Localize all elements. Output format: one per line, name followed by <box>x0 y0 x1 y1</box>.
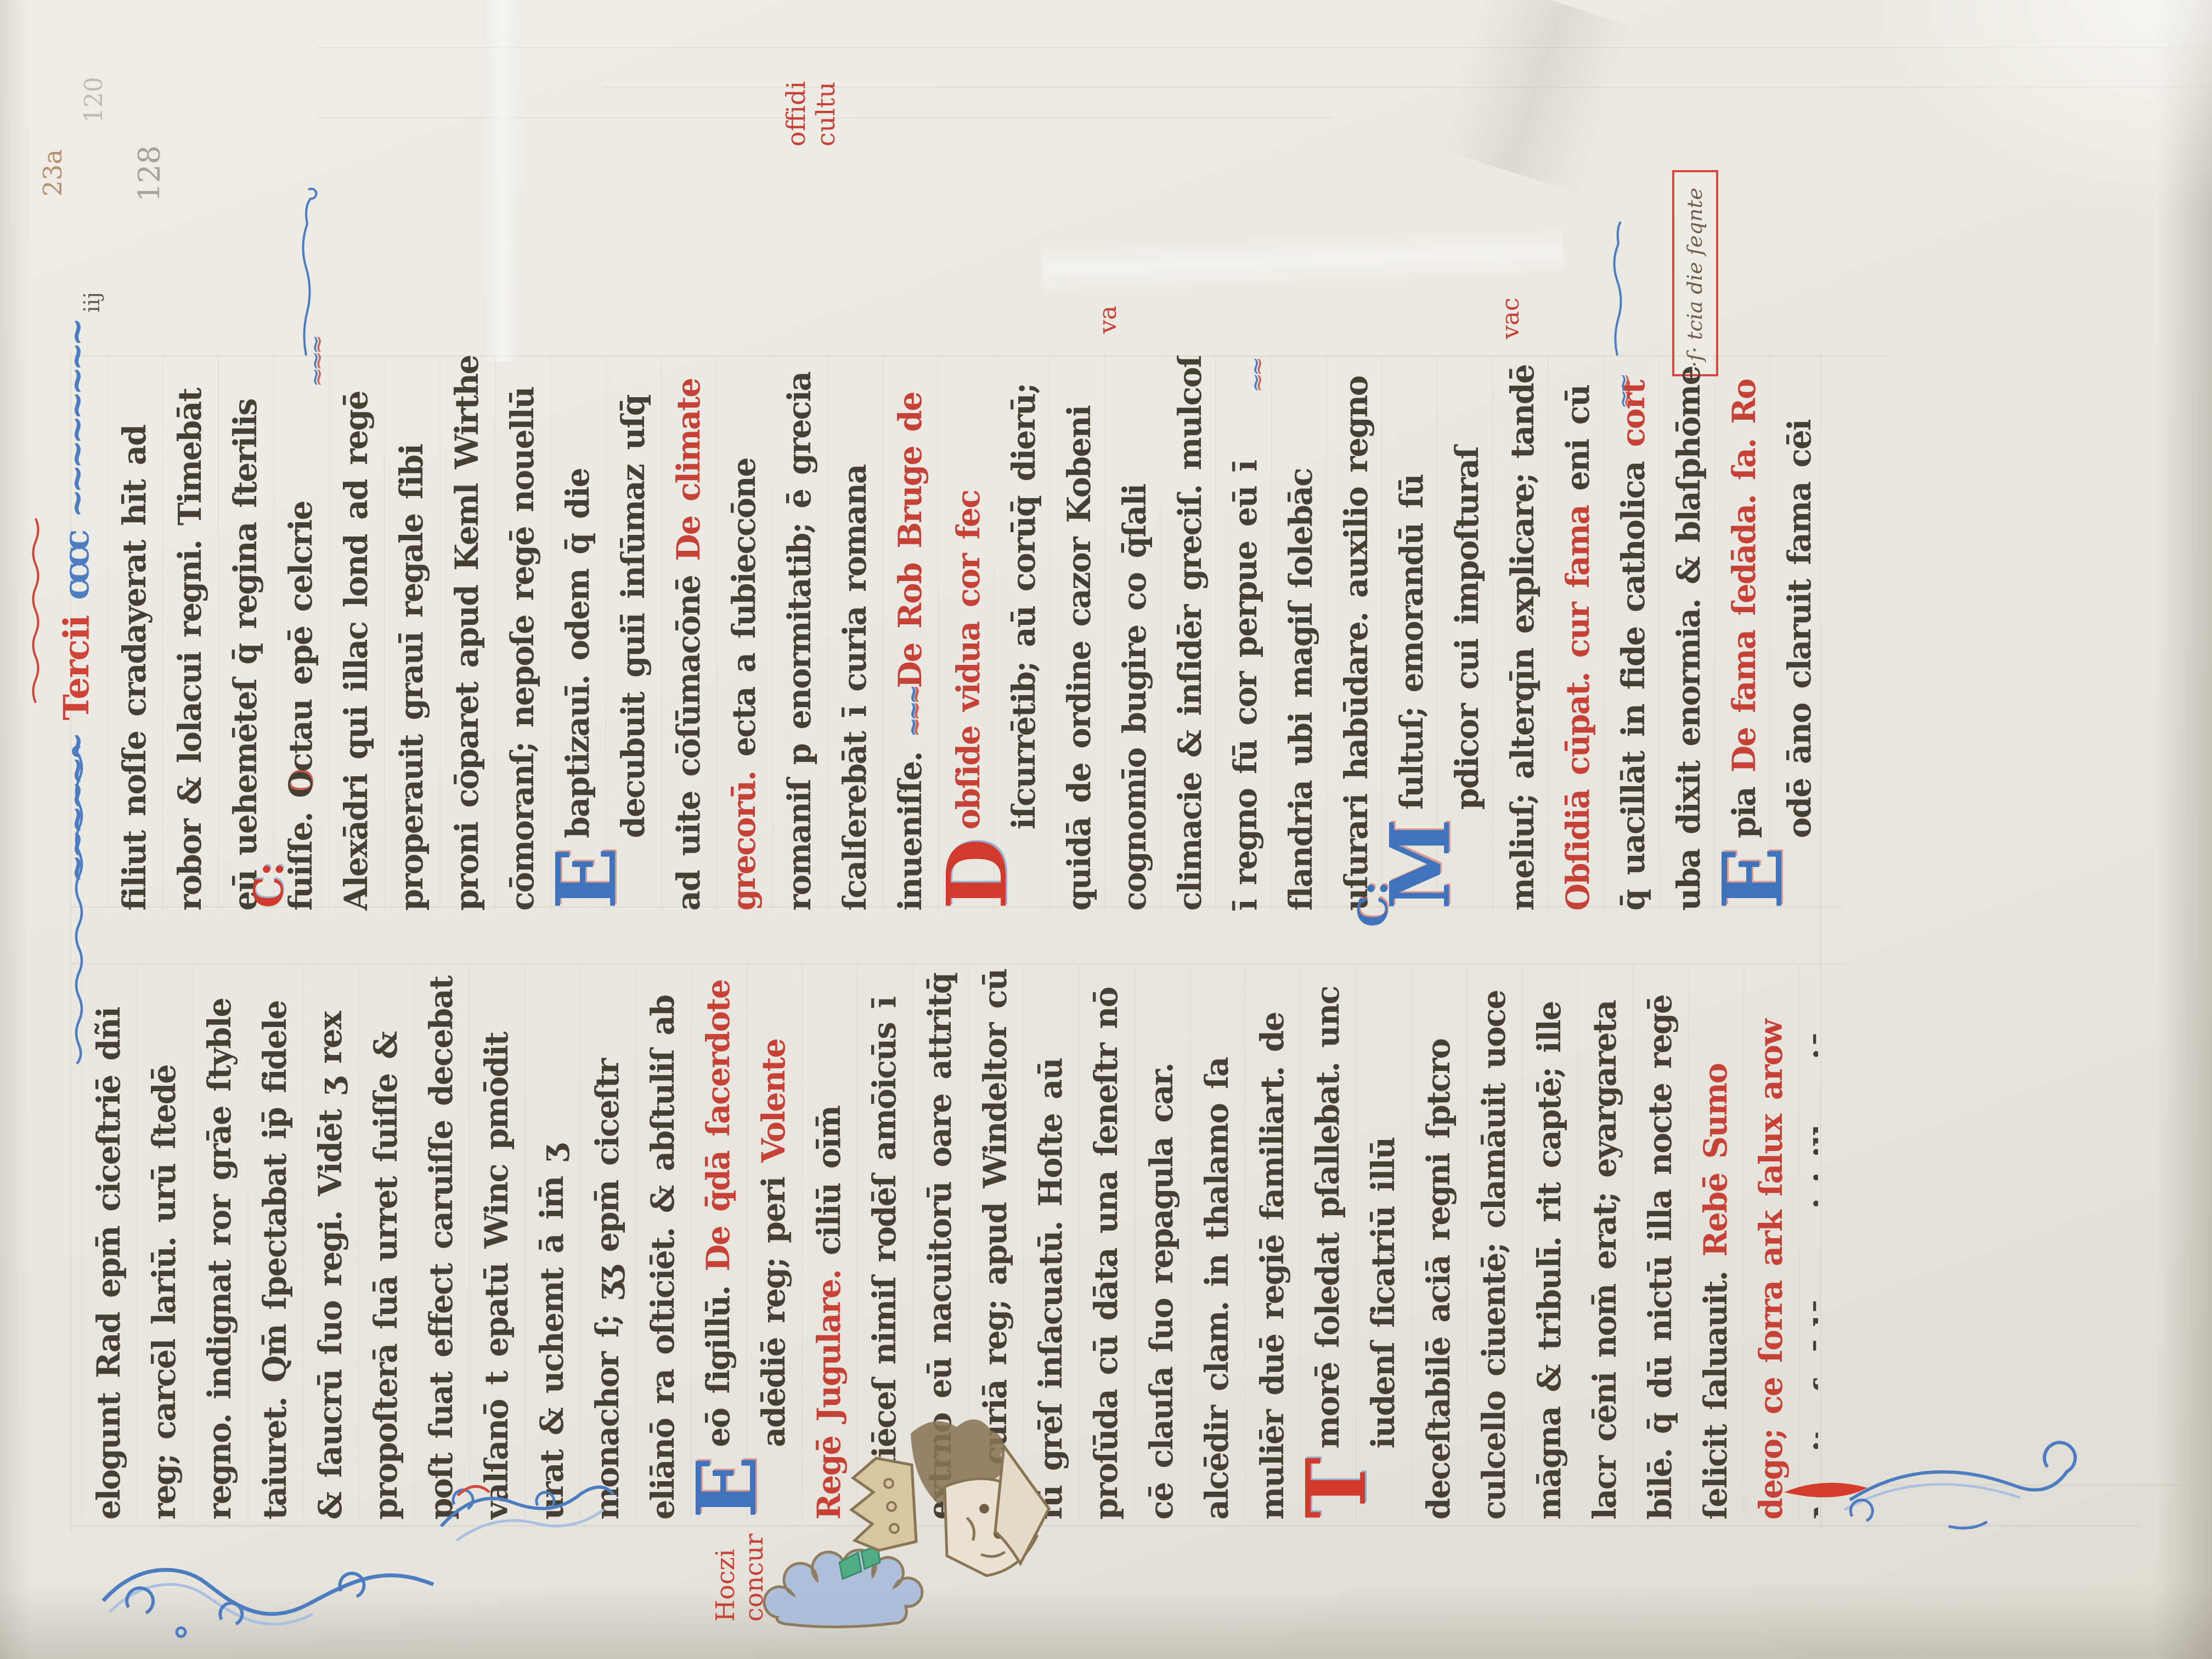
page-edge-shadow-left <box>0 0 30 1659</box>
ruling-line <box>1820 351 1821 1531</box>
vacat-note: va <box>1096 285 1120 334</box>
rubric-text: Obſidiā cūpat. cur fama <box>1560 491 1596 911</box>
rubric-text: De q̄dā ſacerdote <box>700 980 737 1271</box>
body-text-run: Vidēt ʒ rex propoſterā ſuā urret ſuiſſe … <box>312 977 737 1520</box>
penwork-flourish-initial-tail <box>435 1443 616 1558</box>
boxed-marginal-note: ·ſ· tcia die ſeqnte <box>1672 170 1718 376</box>
drop-cap-initial: D <box>941 830 1008 911</box>
running-title: Tercii <box>56 616 97 720</box>
foliation-pencil: 128 <box>135 145 165 202</box>
quire-mark: iij <box>81 274 103 313</box>
line-filler-ornament: ~~~ <box>301 327 331 387</box>
ruling-line <box>318 47 2212 48</box>
header-penwork-flourish: ~~~~~~~~ <box>56 322 97 518</box>
line-filler-ornament: ~~ <box>1241 332 1272 393</box>
penwork-flourish-bottom-right <box>1784 1433 2080 1543</box>
paraph-mark: C: <box>1354 867 1392 927</box>
corner-highlight <box>1865 0 2212 219</box>
paraph-mark: C: <box>250 848 288 908</box>
header-penwork-flourish: cccc <box>56 534 97 600</box>
parchment-crease <box>483 0 521 362</box>
parchment-crease <box>1436 0 1636 195</box>
marginal-gloss-line: cultu <box>811 29 840 146</box>
drawing-caption-line: Hoczi <box>711 1528 740 1622</box>
drawing-caption: Hoczi concur <box>711 1528 768 1622</box>
parchment-crease <box>1042 227 1565 294</box>
page-edge-shadow-right <box>2156 0 2212 1659</box>
header-red-squiggle <box>31 518 41 705</box>
marginal-drawing-crowned-head-on-cloud <box>764 1381 1049 1639</box>
body-text-run: iſcurrētib; aū corūq̄ dierū; quidā de or… <box>1006 356 1430 911</box>
marginal-gloss: offidi cultu <box>781 29 843 146</box>
text-column-right: filiut noſſe cradayerat hīt ad robor & l… <box>107 356 1818 911</box>
line-filler-ornament: ~~~ <box>899 688 927 737</box>
body-text-run: unc iudenſ ſicatriū illū deceſtabilē aci… <box>1310 986 1734 1520</box>
manuscript-photo: ~~~~~~ Tercii cccc ~~~~~~~~ 120 23a 128 … <box>0 0 2212 1659</box>
foliation-pencil-faint: 120 <box>82 76 106 123</box>
line-filler-ornament: ~~ <box>1609 349 1639 409</box>
body-text-run: elogunt Rad epm̄ ciceſtriē dñi reg; carc… <box>91 998 349 1520</box>
drop-cap-initial: E <box>550 838 618 911</box>
marginal-gloss-line: offidi <box>781 29 811 146</box>
penwork-tail-top-margin <box>1612 210 1623 358</box>
penwork-flourish-bottom-left <box>99 1531 439 1651</box>
drop-cap-initial: T <box>1300 1448 1368 1520</box>
vacat-note: vac <box>1499 289 1523 339</box>
drop-cap-initial: E <box>1717 838 1784 911</box>
touched-capital: O <box>283 772 319 798</box>
foliation-red: 23a <box>39 149 66 196</box>
ruling-line <box>603 87 2212 88</box>
body-text-run: odē āno claruit fama cēi <box>1781 420 1818 838</box>
body-text-run: ctau epē celcrie Alexādri qui illac lond… <box>283 356 596 911</box>
drop-cap-initial: E <box>691 1447 758 1520</box>
rubric-text: De fama ſedāda. ſa. Ro <box>1726 380 1763 773</box>
